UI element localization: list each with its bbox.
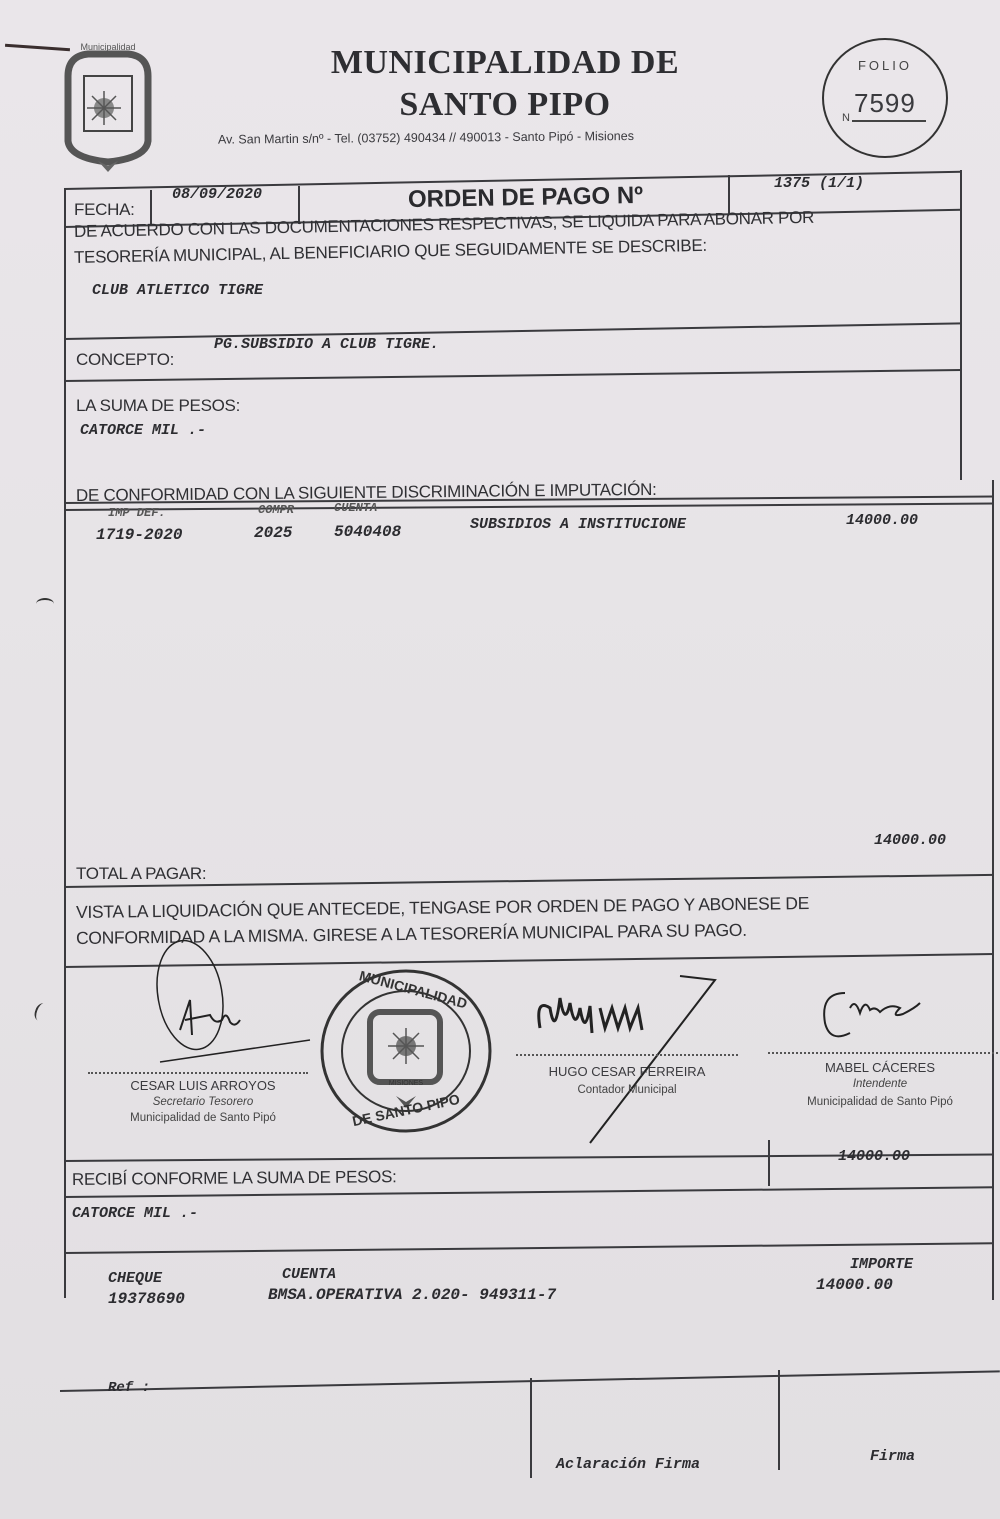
municipal-seal: MUNICIPALIDAD DE SANTO PIPO MISIONES xyxy=(318,968,494,1134)
imputacion-header-compr: COMPR xyxy=(258,503,294,517)
folio-label: FOLIO xyxy=(824,58,946,73)
aclaracion-firma-label: Aclaración Firma xyxy=(556,1456,700,1473)
cuenta-label: CUENTA xyxy=(282,1266,336,1283)
imputacion-header-imp-def: IMP DEF. xyxy=(108,506,166,520)
firma-label: Firma xyxy=(870,1448,915,1465)
descripcion-value: SUBSIDIOS A INSTITUCIONE xyxy=(470,516,686,533)
signer-2-role: Contador Municipal xyxy=(512,1084,742,1096)
frame-right-border xyxy=(992,480,994,1300)
importe-payment-value: 14000.00 xyxy=(816,1276,893,1294)
suma-value: CATORCE MIL .- xyxy=(80,422,206,439)
importe-label: IMPORTE xyxy=(850,1256,913,1273)
signer-3-name: MABEL CÁCERES xyxy=(770,1060,990,1075)
suma-label: LA SUMA DE PESOS: xyxy=(76,396,240,416)
fecha-label: FECHA: xyxy=(74,200,135,220)
cheque-value: 19378690 xyxy=(108,1290,185,1308)
coat-of-arms-icon: Municipalidad xyxy=(58,36,158,178)
cuenta-account-value: BMSA.OPERATIVA 2.020- 949311-7 xyxy=(268,1286,556,1304)
signature-caceres xyxy=(815,978,935,1058)
beneficiary-intro-line2: TESORERÍA MUNICIPAL, AL BENEFICIARIO QUE… xyxy=(74,236,707,268)
signer-1-org: Municipalidad de Santo Pipó xyxy=(88,1112,318,1124)
municipality-title-line2: SANTO PIPO xyxy=(290,86,720,124)
punch-hole-mark xyxy=(36,598,54,610)
recibo-label: RECIBÍ CONFORME LA SUMA DE PESOS: xyxy=(72,1167,397,1190)
folio-prefix: N xyxy=(842,112,850,124)
frame-right-border xyxy=(960,170,962,480)
order-title: ORDEN DE PAGO Nº xyxy=(408,182,643,214)
fecha-value: 08/09/2020 xyxy=(172,186,262,203)
payment-order-document: Municipalidad MUNICIPALIDAD DE SANTO PIP… xyxy=(0,0,1000,1519)
punch-hole-mark xyxy=(32,1001,49,1022)
recibo-words: CATORCE MIL .- xyxy=(72,1205,198,1222)
concepto-value: PG.SUBSIDIO A CLUB TIGRE. xyxy=(214,336,439,353)
signer-2-name: HUGO CESAR FERREIRA xyxy=(512,1064,742,1079)
signature-ferreira xyxy=(530,968,730,1148)
imp-def-value: 1719-2020 xyxy=(96,526,182,544)
municipality-title-line1: MUNICIPALIDAD DE xyxy=(290,44,720,82)
folio-stamp: FOLIO N 7599 xyxy=(822,38,948,158)
folio-number: 7599 xyxy=(854,88,916,119)
beneficiary-name: CLUB ATLETICO TIGRE xyxy=(92,282,263,299)
imputacion-header-cuenta: CUENTA xyxy=(334,501,377,515)
total-label: TOTAL A PAGAR: xyxy=(76,864,206,884)
importe-value: 14000.00 xyxy=(846,512,918,529)
signer-3-org: Municipalidad de Santo Pipó xyxy=(770,1096,990,1108)
signer-3-role: Intendente xyxy=(770,1078,990,1090)
frame-left-border xyxy=(64,188,66,1298)
total-value: 14000.00 xyxy=(874,832,946,849)
svg-text:Municipalidad: Municipalidad xyxy=(80,42,135,52)
signer-1-role: Secretario Tesorero xyxy=(88,1096,318,1108)
municipality-address: Av. San Martin s/nº - Tel. (03752) 49043… xyxy=(218,127,818,146)
compr-value: 2025 xyxy=(254,524,292,542)
signature-arroyos xyxy=(140,940,320,1070)
recibo-amount: 14000.00 xyxy=(838,1148,910,1165)
order-number: 1375 (1/1) xyxy=(774,175,864,192)
seal-text-inner: MISIONES xyxy=(376,1080,436,1087)
cuenta-value: 5040408 xyxy=(334,523,401,541)
signer-1-name: CESAR LUIS ARROYOS xyxy=(88,1078,318,1093)
municipal-logo: Municipalidad xyxy=(58,36,158,178)
ref-label: Ref : xyxy=(108,1380,150,1396)
cheque-label: CHEQUE xyxy=(108,1270,162,1287)
vista-line1: VISTA LA LIQUIDACIÓN QUE ANTECEDE, TENGA… xyxy=(76,893,809,923)
concepto-label: CONCEPTO: xyxy=(76,350,174,370)
